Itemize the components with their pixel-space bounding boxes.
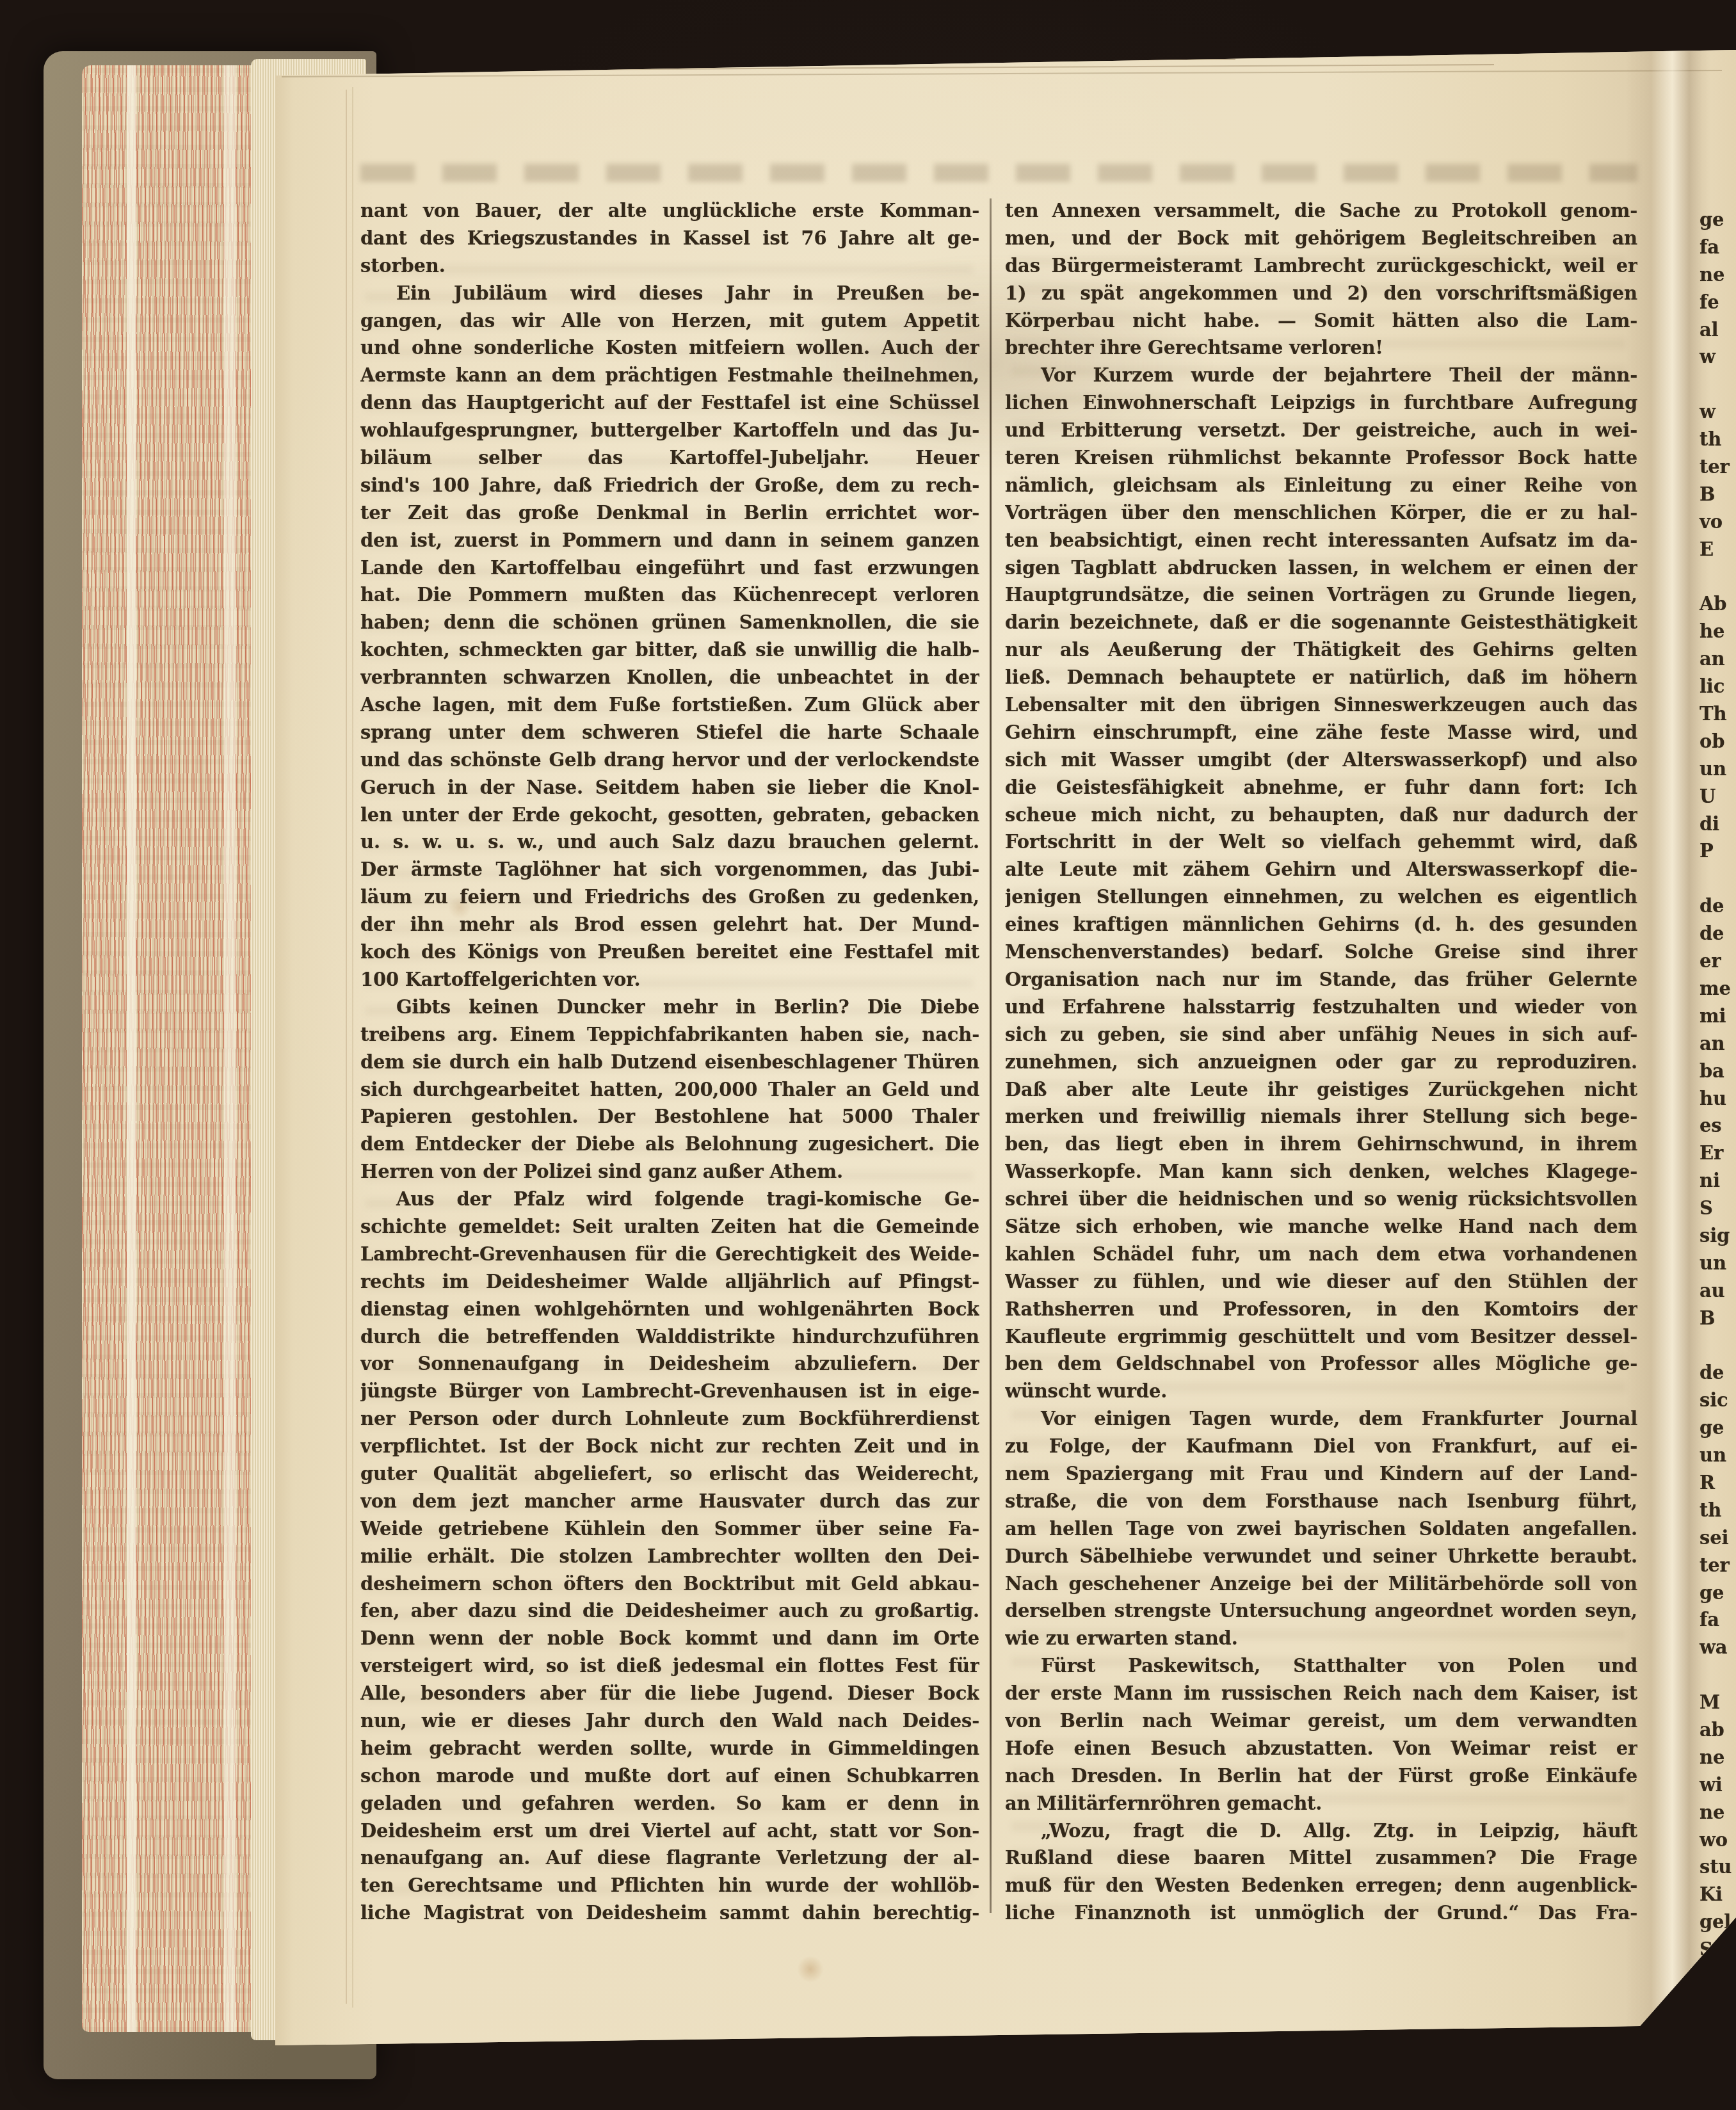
next-page-line-fragment: he xyxy=(1700,618,1736,645)
text-line: der erste Mann im russischen Reich nach … xyxy=(1005,1680,1637,1707)
text-line: vor Sonnenaufgang in Deidesheim abzulief… xyxy=(360,1350,979,1378)
next-page-line-fragment: Ki xyxy=(1700,1881,1736,1908)
next-page-line-fragment: de xyxy=(1700,920,1736,947)
text-line: liche Magistrat von Deidesheim sammt dah… xyxy=(360,1899,979,1927)
text-line: ten beabsichtigt, einen recht interessan… xyxy=(1005,527,1637,554)
text-line: verpflichtet. Ist der Bock nicht zur rec… xyxy=(360,1433,979,1460)
text-line: von dem jezt mancher arme Hausvater durc… xyxy=(360,1488,979,1515)
next-page-line-fragment: P xyxy=(1700,837,1736,865)
text-line: läum zu feiern und Friedrichs des Großen… xyxy=(360,883,979,911)
text-line: Deidesheim erst um drei Viertel auf acht… xyxy=(360,1817,979,1845)
text-line: Alle, besonders aber für die liebe Jugen… xyxy=(360,1680,979,1707)
next-page-line-fragment: M xyxy=(1700,1689,1736,1716)
text-line: und Erbitterung versetzt. Der geistreich… xyxy=(1005,417,1637,444)
text-line: nach Dresden. In Berlin hat der Fürst gr… xyxy=(1005,1762,1637,1790)
text-line: Wasserkopfe. Man kann sich denken, welch… xyxy=(1005,1158,1637,1186)
next-page-line-fragment: hu xyxy=(1700,1085,1736,1113)
next-page-line-fragment: mi xyxy=(1700,1003,1736,1030)
text-line: zunehmen, sich anzueignen oder gar zu re… xyxy=(1005,1049,1637,1076)
next-page-line-fragment: an xyxy=(1700,645,1736,673)
next-page-line-fragment xyxy=(1700,563,1736,591)
text-line: hat. Die Pommern mußten das Küchenrecept… xyxy=(360,581,979,609)
text-line: Hauptgrundsätze, die seinen Vorträgen zu… xyxy=(1005,581,1637,609)
top-sheet-edge-line xyxy=(278,64,1494,72)
text-line: nun, wie er dieses Jahr durch den Wald n… xyxy=(360,1707,979,1735)
text-line: Hofe einen Besuch abzustatten. Von Weima… xyxy=(1005,1735,1637,1762)
text-line: Aus der Pfalz wird folgende tragi-komisc… xyxy=(360,1186,979,1213)
next-page-line-fragment: th xyxy=(1700,1497,1736,1524)
text-line: und Erfahrene halsstarrig festzuhalten u… xyxy=(1005,994,1637,1021)
text-line: 1) zu spät angekommen und 2) den vorschr… xyxy=(1005,280,1637,307)
text-line: verbrannten schwarzen Knollen, die unbea… xyxy=(360,664,979,691)
text-line: eines kraftigen männlichen Gehirns (d. h… xyxy=(1005,911,1637,938)
next-page-line-fragment: sei xyxy=(1700,1524,1736,1552)
text-line: muß für den Westen Bedenken erregen; den… xyxy=(1005,1872,1637,1899)
text-line: ben dem Geldschnabel von Professor alles… xyxy=(1005,1350,1637,1378)
next-page-line-fragment: fa xyxy=(1700,234,1736,261)
next-page-line-fragment: de xyxy=(1700,892,1736,920)
text-line: sigen Tagblatt abdrucken lassen, in welc… xyxy=(1005,554,1637,582)
top-sheet-edge-line xyxy=(275,58,1235,65)
text-line: geladen und gefahren werden. So kam er d… xyxy=(360,1790,979,1817)
text-line: Fortschritt in der Welt so vielfach gehe… xyxy=(1005,828,1637,856)
next-page-line-fragment: un xyxy=(1700,1250,1736,1277)
text-line: 100 Kartoffelgerichten vor. xyxy=(360,966,979,994)
text-line: milie erhält. Die stolzen Lambrechter wo… xyxy=(360,1543,979,1570)
text-line: das Bürgermeisteramt Lambrecht zurückges… xyxy=(1005,252,1637,280)
next-page-line-fragment: sic xyxy=(1700,1387,1736,1414)
next-page-line-fragment xyxy=(1700,1661,1736,1689)
text-line: Durch Säbelhiebe verwundet und seiner Uh… xyxy=(1005,1543,1637,1570)
text-line: ließ. Demnach behauptete er natürlich, d… xyxy=(1005,664,1637,691)
text-line: Lambrecht-Grevenhausen für die Gerechtig… xyxy=(360,1241,979,1268)
text-line: Fürst Paskewitsch, Statthalter von Polen… xyxy=(1005,1652,1637,1680)
next-page-line-fragment: th xyxy=(1700,426,1736,453)
next-page-line-fragment: un xyxy=(1700,1442,1736,1469)
next-page-line-fragment: al xyxy=(1700,316,1736,344)
text-line: haben; denn die schönen grünen Samenknol… xyxy=(360,609,979,636)
next-page-line-fragment: fe xyxy=(1700,289,1736,316)
text-line: Gibts keinen Duncker mehr in Berlin? Die… xyxy=(360,994,979,1021)
next-page-line-fragment: vo xyxy=(1700,508,1736,536)
text-line: gangen, das wir Alle von Herzen, mit gut… xyxy=(360,307,979,335)
text-line: nur als Aeußerung der Thätigkeit des Geh… xyxy=(1005,636,1637,664)
text-line: sich mit Wasser umgibt (der Alterswasser… xyxy=(1005,746,1637,774)
text-line: wohlaufgesprungner, buttergelber Kartoff… xyxy=(360,417,979,444)
text-line: dem Entdecker der Diebe als Belohnung zu… xyxy=(360,1131,979,1158)
text-line: darin bezeichnete, daß er die sogenannte… xyxy=(1005,609,1637,636)
text-line: Kaufleute ergrimmig geschüttelt und vom … xyxy=(1005,1323,1637,1351)
next-page-line-fragment: fa xyxy=(1700,1606,1736,1634)
text-line: biläum selber das Kartoffel-Jubeljahr. H… xyxy=(360,444,979,472)
next-page-line-fragment: au xyxy=(1700,1277,1736,1305)
next-page-line-fragment: ne xyxy=(1700,261,1736,289)
text-line: derselben strengste Untersuchung angeord… xyxy=(1005,1597,1637,1625)
next-page-line-fragment: wo xyxy=(1700,1826,1736,1854)
text-line: Rathsherren und Professoren, in den Komt… xyxy=(1005,1296,1637,1323)
text-line: alte Leute mit zähem Gehirn und Alterswa… xyxy=(1005,856,1637,883)
text-line: Organisation nach nur im Stande, das frü… xyxy=(1005,966,1637,994)
text-line: men, und der Bock mit gehörigem Begleits… xyxy=(1005,225,1637,252)
text-line: rechts im Deidesheimer Walde alljährlich… xyxy=(360,1268,979,1296)
next-page-line-fragment: S xyxy=(1700,1195,1736,1222)
next-page-line-fragment: ge xyxy=(1700,206,1736,234)
next-page-line-fragment: ne xyxy=(1700,1744,1736,1771)
page-left-crease-line xyxy=(346,90,347,2004)
newspaper-page: nant von Bauer, der alte unglückliche er… xyxy=(256,45,1736,2068)
text-line: desheimern schon öfters den Bocktribut m… xyxy=(360,1570,979,1598)
text-line: denn das Hauptgericht auf der Festtafel … xyxy=(360,389,979,417)
next-page-line-fragment xyxy=(1700,865,1736,892)
text-line: kahlen Schädel fuhr, um nach dem etwa vo… xyxy=(1005,1241,1637,1268)
text-line: Denn wenn der noble Bock kommt und dann … xyxy=(360,1625,979,1652)
text-line: Menschenverstandes) bedarf. Solche Greis… xyxy=(1005,938,1637,966)
text-line: durch die betreffenden Walddistrikte hin… xyxy=(360,1323,979,1351)
text-line: u. s. w. u. s. w., und auch Salz dazu br… xyxy=(360,828,979,856)
foxing-stain xyxy=(797,1956,824,1983)
next-page-line-fragment: St xyxy=(1700,1936,1736,1963)
text-line: Gehirn einschrumpft, eine zähe feste Mas… xyxy=(1005,719,1637,746)
text-line: Lebensalter mit den übrigen Sinneswerkze… xyxy=(1005,691,1637,719)
next-page-line-fragment: an xyxy=(1700,1030,1736,1058)
next-page-line-fragment: sig xyxy=(1700,1222,1736,1250)
ghost-showthrough-headline xyxy=(360,164,1637,182)
text-line: versteigert wird, so ist dieß jedesmal e… xyxy=(360,1652,979,1680)
text-line: ten Annexen versammelt, die Sache zu Pro… xyxy=(1005,197,1637,225)
red-speckled-page-edges xyxy=(82,65,274,2032)
next-page-line-fragment: ter xyxy=(1700,1552,1736,1579)
text-line: nant von Bauer, der alte unglückliche er… xyxy=(360,197,979,225)
text-line: schichte gemeldet: Seit uralten Zeiten h… xyxy=(360,1213,979,1241)
text-line: Papieren gestohlen. Der Bestohlene hat 5… xyxy=(360,1103,979,1131)
text-line: dienstag einen wohlgehörnten und wohlgen… xyxy=(360,1296,979,1323)
text-line: Vor Kurzem wurde der bejahrtere Theil de… xyxy=(1005,362,1637,389)
text-line: Nach geschehener Anzeige bei der Militär… xyxy=(1005,1570,1637,1598)
text-line: die Geistesfähigkeit abnehme, er fuhr da… xyxy=(1005,774,1637,801)
text-line: ten Gerechtsame und Pflichten hin wurde … xyxy=(360,1872,979,1899)
next-page-line-fragment: di xyxy=(1700,810,1736,838)
next-page-line-fragment: ge xyxy=(1700,1579,1736,1607)
text-line: schrei über die heidnischen und so wenig… xyxy=(1005,1186,1637,1213)
next-page-line-fragment: un xyxy=(1700,755,1736,783)
next-page-line-fragment: de xyxy=(1700,1359,1736,1387)
text-line: und ohne sonderliche Kosten mitfeiern wo… xyxy=(360,334,979,362)
text-line: Herren von der Polizei sind ganz außer A… xyxy=(360,1158,979,1186)
text-line: len unter der Erde gekocht, gesotten, ge… xyxy=(360,801,979,829)
text-line: fen, aber dazu sind die Deidesheimer auc… xyxy=(360,1597,979,1625)
next-page-line-fragment: R xyxy=(1700,1469,1736,1497)
text-line: dant des Kriegszustandes in Kassel ist 7… xyxy=(360,225,979,252)
next-page-line-fragment: es xyxy=(1700,1112,1736,1140)
text-line: sprang unter dem schweren Stiefel die ha… xyxy=(360,719,979,746)
text-line: der ihn mehr als Brod essen gelehrt hat.… xyxy=(360,911,979,938)
text-line: teren Kreisen rühmlichst bekannte Profes… xyxy=(1005,444,1637,472)
text-line: zu Folge, der Kaufmann Diel von Frankfur… xyxy=(1005,1433,1637,1460)
left-text-column: nant von Bauer, der alte unglückliche er… xyxy=(360,197,979,1927)
text-line: merken und freiwillig niemals ihrer Stel… xyxy=(1005,1103,1637,1131)
text-line: Aermste kann an dem prächtigen Festmahle… xyxy=(360,362,979,389)
next-page-line-fragment: er xyxy=(1700,947,1736,975)
text-line: Ein Jubiläum wird dieses Jahr in Preußen… xyxy=(360,280,979,307)
next-page-line-fragment: ab xyxy=(1700,1716,1736,1744)
text-line: ter Zeit das große Denkmal in Berlin err… xyxy=(360,499,979,527)
text-line: Sätze sich erhoben, wie manche welke Han… xyxy=(1005,1213,1637,1241)
text-line: sind's 100 Jahre, daß Friedrich der Groß… xyxy=(360,472,979,499)
text-line: von Berlin nach Weimar gereist, um dem v… xyxy=(1005,1707,1637,1735)
text-line: Vorträgen über den menschlichen Körper, … xyxy=(1005,499,1637,527)
next-page-line-fragment: E xyxy=(1700,536,1736,563)
text-line: brechter ihre Gerechtsame verloren! xyxy=(1005,334,1637,362)
text-line: „Wozu, fragt die D. Allg. Ztg. in Leipzi… xyxy=(1005,1817,1637,1845)
next-page-line-fragment: ni xyxy=(1700,1167,1736,1195)
next-page-line-fragment: ter xyxy=(1700,453,1736,481)
next-page-line-fragment: me xyxy=(1700,975,1736,1003)
next-page-line-fragment: w xyxy=(1700,343,1736,371)
next-page-line-fragment xyxy=(1700,1332,1736,1360)
next-page-line-fragment: wi xyxy=(1700,1771,1736,1799)
text-line: wünscht wurde. xyxy=(1005,1378,1637,1405)
next-page-line-fragment: Th xyxy=(1700,700,1736,728)
text-line: und das schönste Gelb drang hervor und d… xyxy=(360,746,979,774)
text-line: sich zu geben, sie sind aber unfähig Neu… xyxy=(1005,1021,1637,1049)
text-line: koch des Königs von Preußen bereitet ein… xyxy=(360,938,979,966)
text-line: schon marode und mußte dort auf einen Sc… xyxy=(360,1762,979,1790)
text-line: nenaufgang an. Auf diese flagrante Verle… xyxy=(360,1844,979,1872)
text-line: jüngste Bürger von Lambrecht-Grevenhause… xyxy=(360,1378,979,1405)
text-line: scheue mich nicht, zu behaupten, daß nur… xyxy=(1005,801,1637,829)
next-page-line-fragment: U xyxy=(1700,783,1736,810)
text-line: Lande den Kartoffelbau eingeführt und fa… xyxy=(360,554,979,582)
text-line: Wasser zu fühlen, und wie dieser auf den… xyxy=(1005,1268,1637,1296)
text-line: Der ärmste Taglöhner hat sich vorgenomme… xyxy=(360,856,979,883)
text-line: liche Finanznoth ist unmöglich der Grund… xyxy=(1005,1899,1637,1927)
right-text-column: ten Annexen versammelt, die Sache zu Pro… xyxy=(1005,197,1637,1927)
next-page-line-fragment: wa xyxy=(1700,1634,1736,1661)
text-line: ben, das liegt eben in ihrem Gehirnschwu… xyxy=(1005,1131,1637,1158)
next-page-line-fragment: ge xyxy=(1700,1414,1736,1442)
text-line: guter Qualität abgeliefert, so erlischt … xyxy=(360,1460,979,1488)
text-line: nem Spaziergang mit Frau und Kindern auf… xyxy=(1005,1460,1637,1488)
text-line: dem sie durch ein halb Dutzend eisenbesc… xyxy=(360,1049,979,1076)
text-line: lichen Einwohnerschaft Leipzigs in furch… xyxy=(1005,389,1637,417)
next-page-line-fragment xyxy=(1700,371,1736,398)
next-page-line-fragment: B xyxy=(1700,481,1736,508)
next-page-line-fragment: w xyxy=(1700,398,1736,426)
text-line: Vor einigen Tagen wurde, dem Frankfurter… xyxy=(1005,1405,1637,1433)
text-line: jenigen Stellungen einnehmen, zu welchen… xyxy=(1005,883,1637,911)
text-line: kochten, schmeckten gar bitter, daß sie … xyxy=(360,636,979,664)
text-line: storben. xyxy=(360,252,979,280)
book-gutter-fold xyxy=(1626,45,1710,2068)
next-page-line-fragment: lic xyxy=(1700,673,1736,700)
next-page-line-fragment: stu xyxy=(1700,1853,1736,1881)
text-line: an Militärfernröhren gemacht. xyxy=(1005,1790,1637,1817)
next-page-line-fragment: ba xyxy=(1700,1058,1736,1085)
text-line: Daß aber alte Leute ihr geistiges Zurück… xyxy=(1005,1076,1637,1104)
text-line: treibens arg. Einem Teppichfabrikanten h… xyxy=(360,1021,979,1049)
column-divider-rule xyxy=(990,198,992,1913)
text-line: am hellen Tage von zwei bayrischen Solda… xyxy=(1005,1515,1637,1543)
text-line: Weide getriebene Kühlein den Sommer über… xyxy=(360,1515,979,1543)
text-line: heim gebracht werden sollte, wurde in Gi… xyxy=(360,1735,979,1762)
next-page-text-fragments: gefanefealw wthterBvoE AbheanlicThobunUd… xyxy=(1700,206,1736,1963)
top-sheet-edge-line xyxy=(282,70,1722,77)
text-line: straße, die von dem Forsthause nach Isen… xyxy=(1005,1488,1637,1515)
photograph-of-open-book: { "colors": { "background": "#1c1410", "… xyxy=(0,0,1736,2110)
text-line: Rußland diese baaren Mittel zusammen? Di… xyxy=(1005,1844,1637,1872)
next-page-line-fragment: Ab xyxy=(1700,590,1736,618)
page-left-crease-line xyxy=(352,87,353,2008)
text-line: sich durchgearbeitet hatten, 200,000 Tha… xyxy=(360,1076,979,1104)
text-line: Asche lagen, mit dem Fuße fortstießen. Z… xyxy=(360,691,979,719)
text-line: ner Person oder durch Lohnleute zum Bock… xyxy=(360,1405,979,1433)
next-page-line-fragment: Er xyxy=(1700,1140,1736,1167)
text-line: den ist, zuerst in Pommern und dann in s… xyxy=(360,527,979,554)
next-page-line-fragment: B xyxy=(1700,1305,1736,1332)
next-page-line-fragment: gel xyxy=(1700,1908,1736,1936)
text-line: Geruch in der Nase. Seitdem haben sie li… xyxy=(360,774,979,801)
text-line: wie zu erwarten stand. xyxy=(1005,1625,1637,1652)
text-line: nämlich, gleichsam als Einleitung zu ein… xyxy=(1005,472,1637,499)
next-page-line-fragment: ne xyxy=(1700,1799,1736,1826)
next-page-line-fragment: ob xyxy=(1700,728,1736,755)
text-line: Körperbau nicht habe. — Somit hätten als… xyxy=(1005,307,1637,335)
